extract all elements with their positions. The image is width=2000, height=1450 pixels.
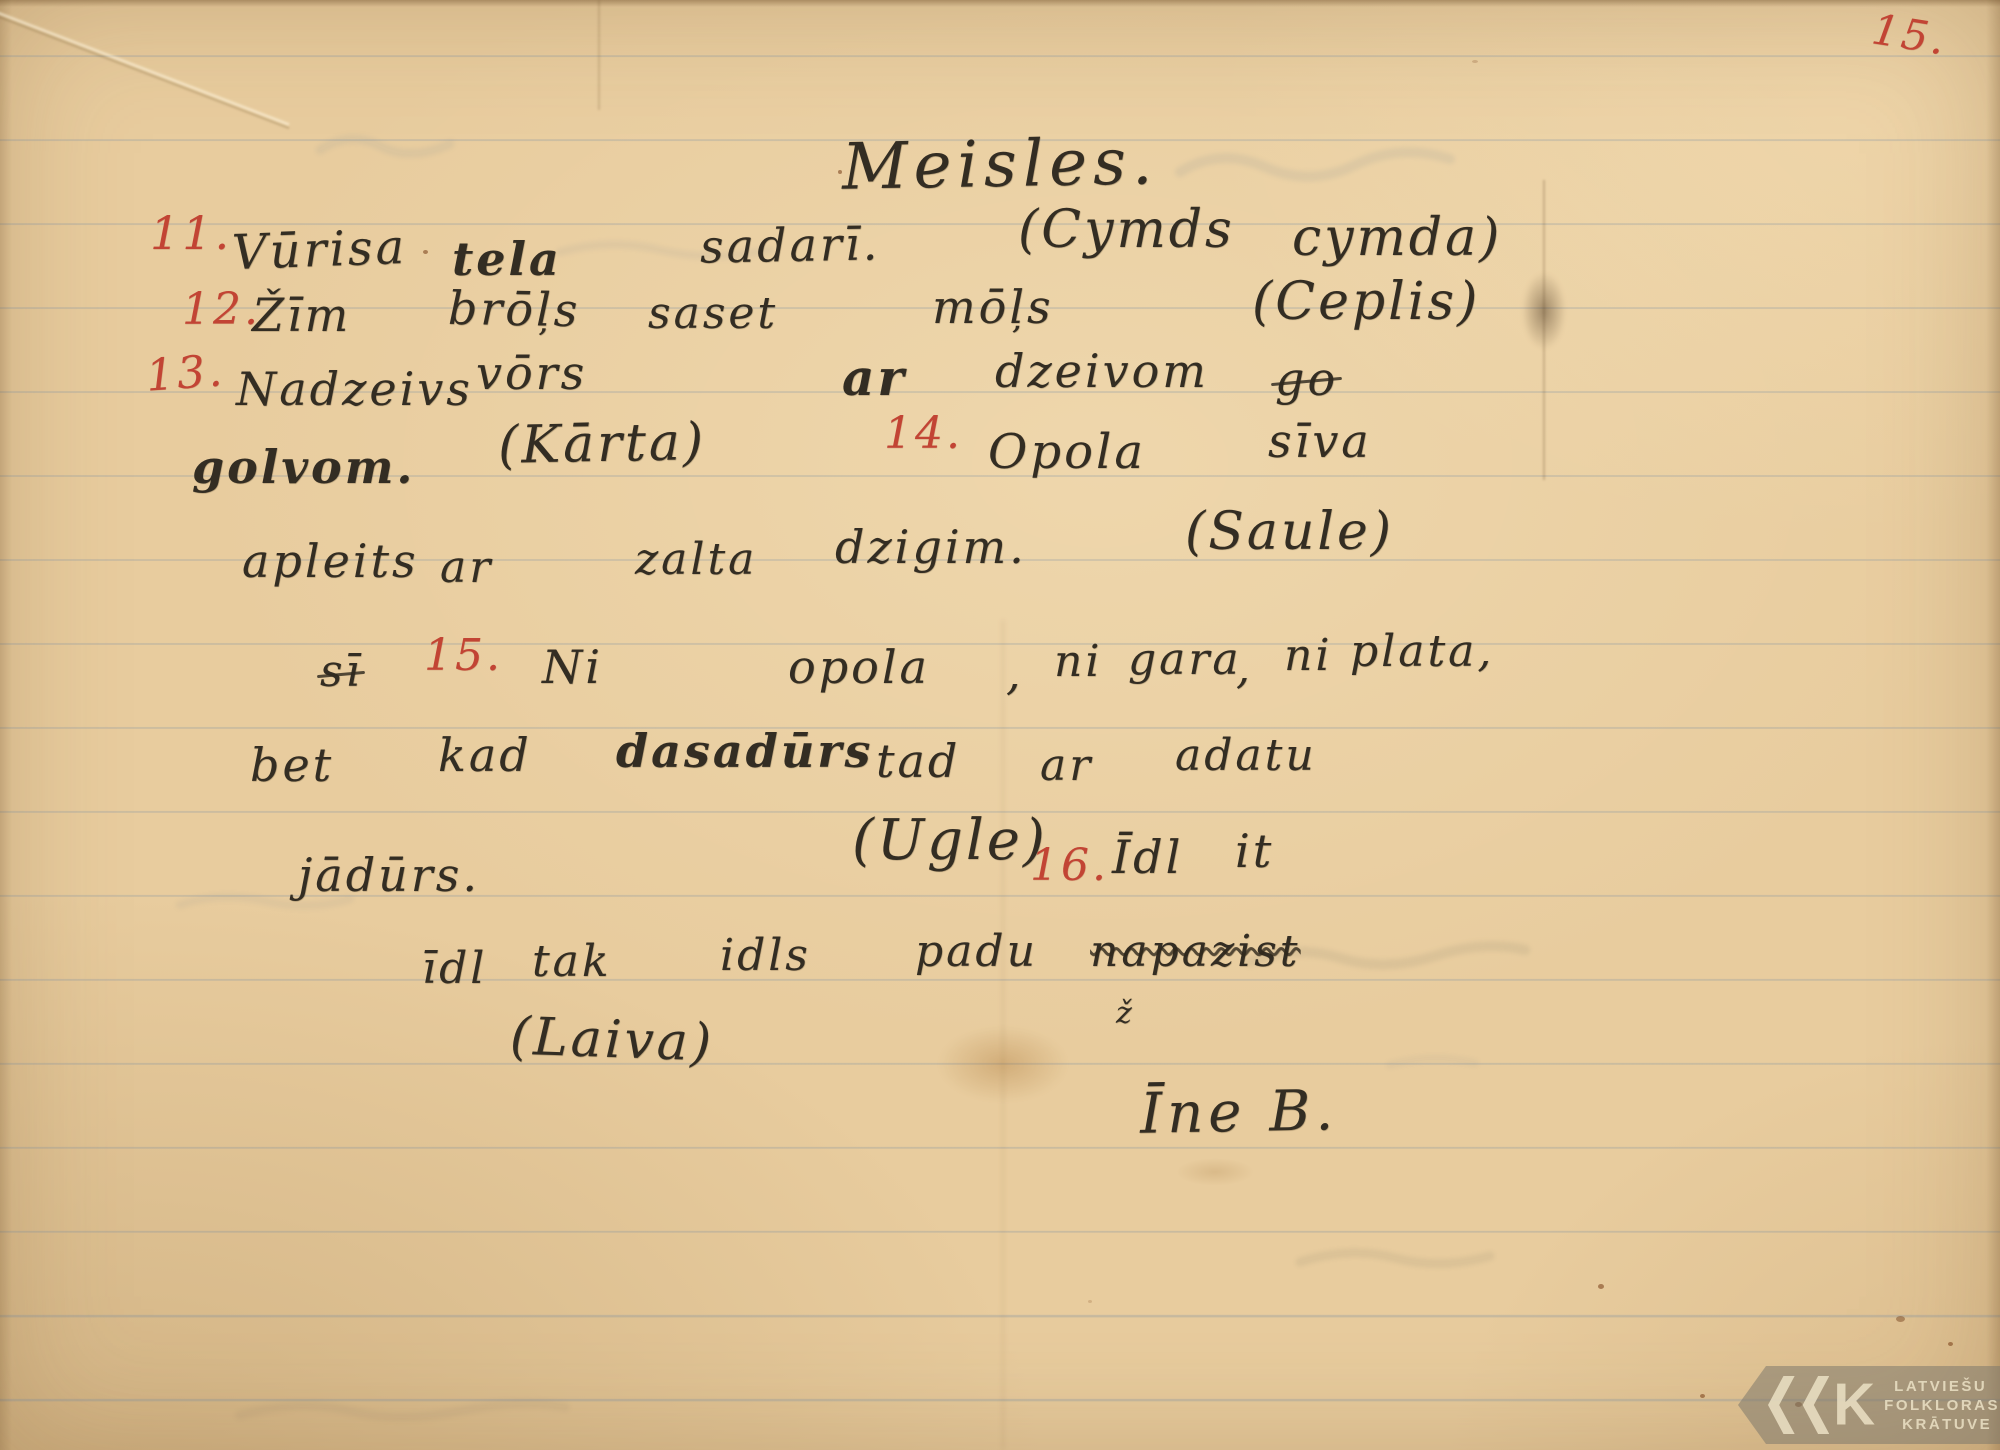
handwritten-word: padu [915, 926, 1038, 977]
watermark-text-line: FOLKLORAS [1884, 1396, 2000, 1415]
riddle-number: 11. [150, 206, 232, 260]
handwritten-word: vōrs [476, 346, 587, 400]
ink-speck [1896, 1316, 1905, 1322]
handwritten-word: , [1006, 646, 1024, 700]
riddle-number: 15. [424, 630, 503, 681]
riddle-answer: (Kārta) [497, 412, 706, 476]
handwritten-word: Nadzeivs [236, 362, 473, 416]
ink-speck [1948, 1342, 1953, 1346]
ink-speck [1472, 60, 1478, 63]
riddle-number: 13. [144, 345, 226, 401]
riddle-answer: (Ugle) [852, 808, 1048, 873]
handwritten-word: ni [1054, 636, 1102, 687]
handwritten-word: kad [438, 728, 532, 782]
ink-speck [423, 250, 428, 254]
handwritten-word: adatu [1175, 730, 1317, 781]
riddle-answer: (Ceplis) [1252, 272, 1480, 332]
handwritten-word: ni [1284, 630, 1332, 681]
archive-watermark: K LATVIEŠU FOLKLORAS KRĀTUVE [1738, 1366, 2000, 1444]
handwritten-word: Žīm [252, 288, 351, 342]
handwritten-word: dasadūrs [616, 724, 873, 778]
handwritten-word: tela [452, 232, 562, 286]
handwritten-word: Vūrisa [231, 219, 408, 281]
handwritten-word: gara [1128, 634, 1242, 685]
riddle-answer: (Saule) [1185, 502, 1394, 562]
handwritten-word: mōļs [932, 280, 1054, 334]
handwritten-word: Ni [542, 640, 603, 694]
ruled-lines [0, 0, 2000, 1450]
watermark-text: LATVIEŠU FOLKLORAS KRĀTUVE [1884, 1377, 2000, 1434]
paper-left-edge [0, 0, 12, 1450]
handwritten-word: golvom. [192, 440, 415, 494]
handwritten-word: īdl [422, 943, 487, 994]
handwritten-word: ar [440, 542, 493, 593]
riddle-answer: (Cymds [1018, 200, 1235, 260]
right-fold-shadow [1522, 272, 1566, 350]
crossed-out-word: go [1275, 352, 1338, 406]
handwritten-word: zalta [635, 534, 757, 585]
ink-speck [1088, 1300, 1092, 1303]
handwritten-word: tak [532, 936, 612, 987]
handwritten-word: sīva [1268, 414, 1372, 468]
watermark-chevron-icon [1803, 1376, 1830, 1434]
handwritten-word: plata, [1350, 626, 1494, 677]
handwritten-word: Opola [988, 424, 1146, 480]
handwritten-word: dzigim. [835, 520, 1027, 574]
paper-right-edge [1986, 0, 2000, 1450]
handwritten-word: napazist [1090, 926, 1300, 977]
riddle-answer: (Laiva) [509, 1006, 715, 1073]
riddle-number: 14. [884, 408, 963, 459]
manuscript-page: 15. Meisles. 11. Vūrisa tela sadarī. (Cy… [0, 0, 2000, 1450]
watermark-chevron-icon [1768, 1376, 1795, 1434]
handwritten-word: idls [720, 930, 811, 981]
handwritten-word: ar [1040, 740, 1093, 791]
watermark-k-logo: K [1833, 1375, 1875, 1434]
handwritten-word: sadarī. [700, 216, 881, 273]
handwritten-word: , [1236, 643, 1253, 694]
ink-speck [1700, 1394, 1705, 1398]
handwritten-word: apleits [242, 534, 419, 588]
riddle-number: 16. [1030, 840, 1109, 891]
signature: Īne B. [1139, 1078, 1338, 1146]
riddle-answer: cymda) [1292, 208, 1502, 268]
handwritten-word: bet [250, 738, 334, 792]
handwritten-word: brōļs [448, 281, 581, 337]
handwritten-word: dzeivom [995, 344, 1209, 398]
handwritten-word: jādūrs. [298, 848, 480, 902]
watermark-text-line: KRĀTUVE [1902, 1415, 2000, 1434]
page-title: Meisles. [841, 125, 1158, 205]
ink-speck [1598, 1284, 1604, 1289]
handwritten-word: tad [876, 734, 960, 788]
stray-mark: ž [1116, 996, 1135, 1031]
crossed-out-word: sī [320, 646, 363, 697]
handwritten-word: ar [842, 348, 907, 407]
handwritten-word: saset [648, 288, 778, 339]
handwritten-word: Īdl [1112, 830, 1183, 884]
riddle-number: 12. [182, 284, 261, 335]
handwritten-word: it [1235, 824, 1274, 878]
handwritten-word: opola [788, 640, 930, 694]
paper-top-edge [0, 0, 2000, 7]
watermark-text-line: LATVIEŠU [1894, 1377, 2000, 1396]
